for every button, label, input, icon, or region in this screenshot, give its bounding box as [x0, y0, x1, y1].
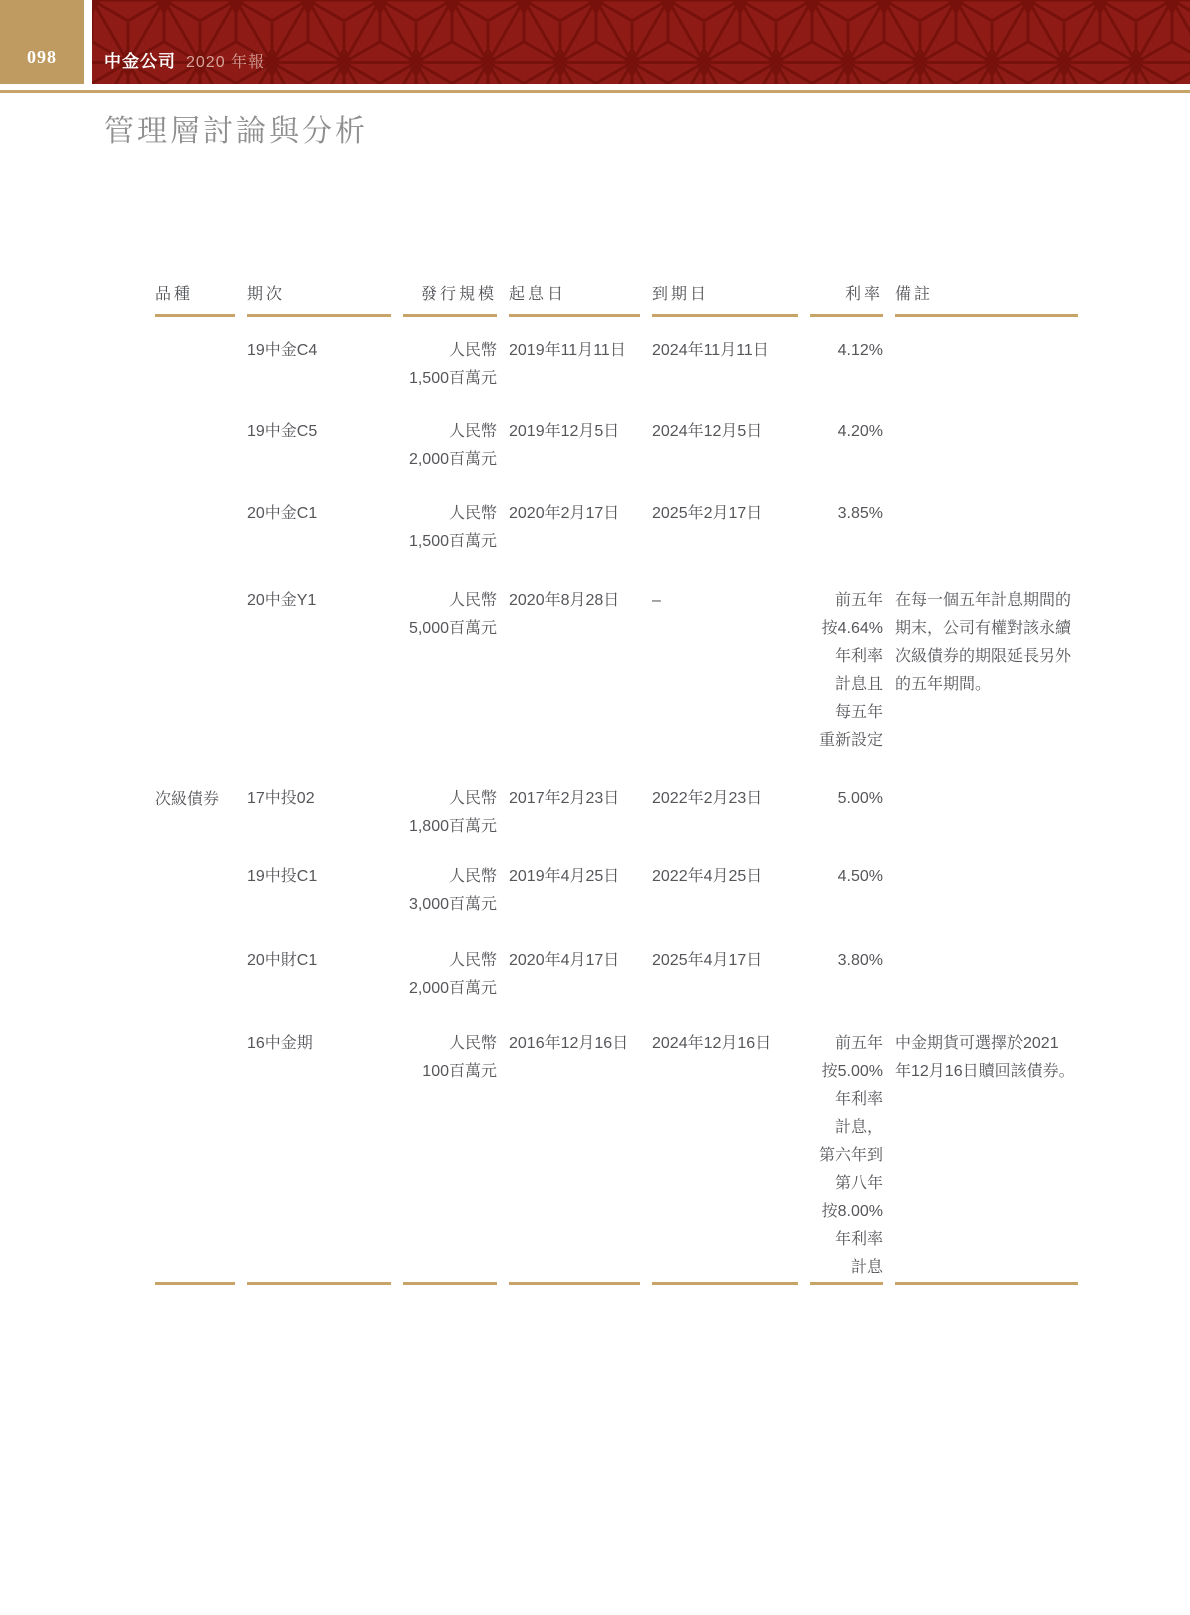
company-name: 中金公司	[104, 52, 176, 71]
page-title: 管理層討論與分析	[104, 106, 368, 150]
bond-maturity-date: –	[652, 567, 798, 765]
col-header-issue-size: 發行規模	[403, 272, 497, 317]
bond-interest-rate: 3.80%	[810, 927, 883, 1010]
bond-maturity-date: 2024年11月11日	[652, 317, 798, 398]
bond-maturity-date: 2024年12月5日	[652, 398, 798, 480]
bond-issue-size: 人民幣 3,000百萬元	[403, 843, 497, 927]
bond-issue-size: 人民幣 1,500百萬元	[403, 317, 497, 398]
bond-series: 20中財C1	[247, 927, 391, 1010]
bond-interest-rate: 4.12%	[810, 317, 883, 398]
header-band: 中金公司2020 年報	[92, 0, 1190, 84]
bond-value-date: 2019年4月25日	[509, 843, 640, 927]
bond-remarks: 中金期貨可選擇於2021 年12月16日贖回該債券。	[895, 1010, 1078, 1285]
annual-report-page: 098 中金公司2020 年報	[0, 0, 1190, 1615]
report-edition: 2020 年報	[186, 54, 265, 71]
bond-issue-size: 人民幣 1,500百萬元	[403, 480, 497, 567]
band-text: 中金公司2020 年報	[104, 47, 265, 72]
bond-interest-rate: 5.00%	[810, 765, 883, 843]
col-header-interest-rate: 利率	[810, 272, 883, 317]
page-number-box: 098	[0, 0, 84, 84]
bond-value-date: 2020年4月17日	[509, 927, 640, 1010]
bond-category: 次級債券	[155, 317, 235, 1285]
bond-series: 16中金期	[247, 1010, 391, 1285]
bond-issue-size: 人民幣 5,000百萬元	[403, 567, 497, 765]
bond-series: 19中投C1	[247, 843, 391, 927]
bond-maturity-date: 2022年4月25日	[652, 843, 798, 927]
bond-interest-rate: 3.85%	[810, 480, 883, 567]
bond-series: 17中投02	[247, 765, 391, 843]
bond-series: 19中金C5	[247, 398, 391, 480]
bond-value-date: 2016年12月16日	[509, 1010, 640, 1285]
bond-series: 19中金C4	[247, 317, 391, 398]
bond-maturity-date: 2022年2月23日	[652, 765, 798, 843]
col-header-maturity-date: 到期日	[652, 272, 798, 317]
col-header-series: 期次	[247, 272, 391, 317]
bond-series: 20中金Y1	[247, 567, 391, 765]
bond-value-date: 2020年8月28日	[509, 567, 640, 765]
bond-issue-size: 人民幣 2,000百萬元	[403, 398, 497, 480]
bond-series: 20中金C1	[247, 480, 391, 567]
bond-issue-size: 人民幣 2,000百萬元	[403, 927, 497, 1010]
bond-interest-rate: 4.50%	[810, 843, 883, 927]
bond-issue-size: 人民幣 100百萬元	[403, 1010, 497, 1285]
bond-table: 品種 期次 發行規模 起息日 到期日 利率 備註 次級債券 19中金C4 人民幣…	[155, 272, 1078, 1285]
bond-interest-rate: 前五年 按5.00% 年利率 計息， 第六年到 第八年 按8.00% 年利率 計…	[810, 1010, 883, 1285]
bond-maturity-date: 2025年4月17日	[652, 927, 798, 1010]
col-header-remarks: 備註	[895, 272, 1078, 317]
bond-issue-size: 人民幣 1,800百萬元	[403, 765, 497, 843]
bond-maturity-date: 2024年12月16日	[652, 1010, 798, 1285]
bond-value-date: 2019年11月11日	[509, 317, 640, 398]
bond-remarks: 在每一個五年計息期間的 期末，公司有權對該永續 次級債券的期限延長另外 的五年期…	[895, 567, 1078, 765]
header-divider-rule	[0, 90, 1190, 93]
bond-maturity-date: 2025年2月17日	[652, 480, 798, 567]
col-header-value-date: 起息日	[509, 272, 640, 317]
page-number: 098	[27, 47, 57, 68]
bond-interest-rate: 4.20%	[810, 398, 883, 480]
bond-value-date: 2020年2月17日	[509, 480, 640, 567]
bond-value-date: 2019年12月5日	[509, 398, 640, 480]
col-header-category: 品種	[155, 272, 235, 317]
bond-interest-rate: 前五年 按4.64% 年利率 計息且 每五年 重新設定	[810, 567, 883, 765]
bond-value-date: 2017年2月23日	[509, 765, 640, 843]
